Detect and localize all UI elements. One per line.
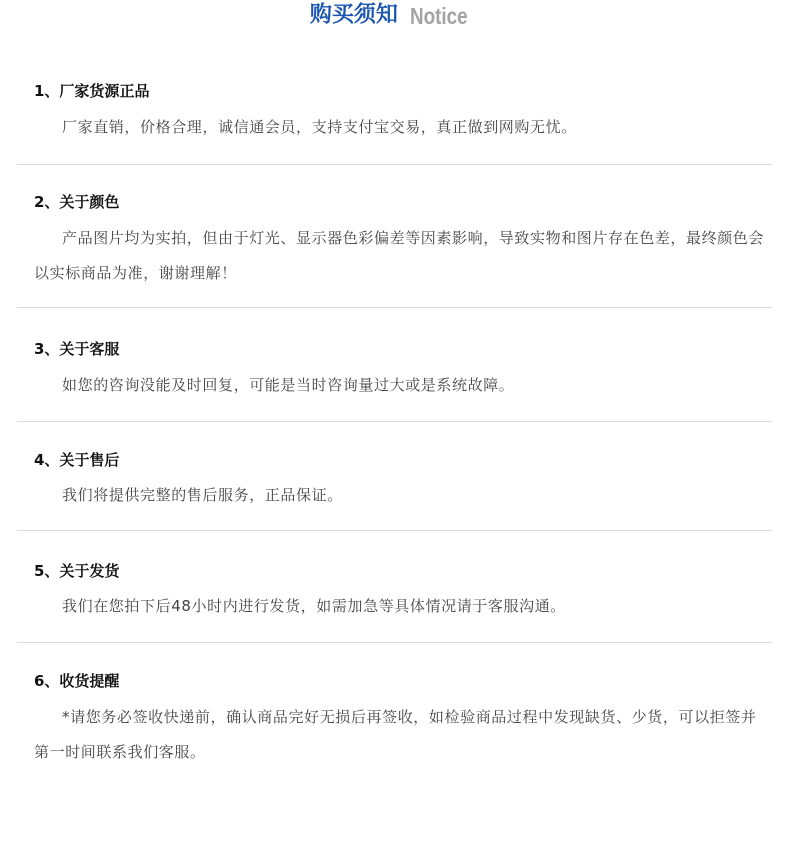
section-heading: 4、关于售后 xyxy=(34,450,119,470)
section-divider xyxy=(17,164,772,165)
section-divider xyxy=(17,307,772,308)
page-title: 购买须知Notice xyxy=(0,0,790,30)
title-english: Notice xyxy=(410,1,468,31)
section-divider xyxy=(17,642,772,643)
section-body: 产品图片均为实拍，但由于灯光、显示器色彩偏差等因素影响，导致实物和图片存在色差，… xyxy=(34,221,764,291)
section-divider xyxy=(17,530,772,531)
section-body: 如您的咨询没能及时回复，可能是当时咨询量过大或是系统故障。 xyxy=(34,368,764,403)
section-divider xyxy=(17,421,772,422)
section-body: *请您务必签收快递前，确认商品完好无损后再签收，如检验商品过程中发现缺货、少货，… xyxy=(34,700,764,770)
section-heading: 6、收货提醒 xyxy=(34,671,119,691)
section-heading: 1、厂家货源正品 xyxy=(34,81,149,101)
section-heading: 3、关于客服 xyxy=(34,339,119,359)
section-body: 我们在您拍下后48小时内进行发货，如需加急等具体情况请于客服沟通。 xyxy=(34,589,764,624)
section-body: 厂家直销，价格合理，诚信通会员，支持支付宝交易，真正做到网购无忧。 xyxy=(34,110,764,145)
section-heading: 5、关于发货 xyxy=(34,561,119,581)
section-body: 我们将提供完整的售后服务，正品保证。 xyxy=(34,478,764,513)
title-chinese: 购买须知 xyxy=(310,3,398,28)
section-heading: 2、关于颜色 xyxy=(34,192,119,212)
